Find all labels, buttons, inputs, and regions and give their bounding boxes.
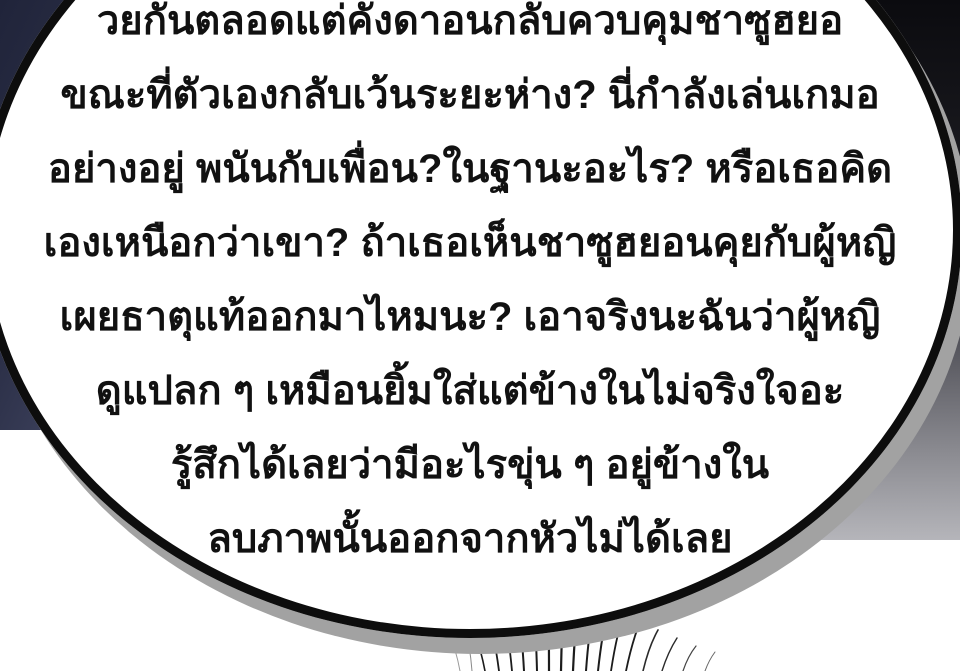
bubble-text-line-3: อย่างอยู่ พนันกับเพื่อน?ในฐานะอะไร? หรือ… (0, 132, 960, 206)
comic-panel: วยกันตลอดแต่คังดาอนกลับควบคุมชาซูฮยอ ขณะ… (0, 0, 960, 671)
bubble-text: วยกันตลอดแต่คังดาอนกลับควบคุมชาซูฮยอ ขณะ… (0, 0, 960, 576)
bubble-text-area: วยกันตลอดแต่คังดาอนกลับควบคุมชาซูฮยอ ขณะ… (0, 0, 960, 671)
bubble-text-line-7: รู้สึกได้เลยว่ามีอะไรขุ่น ๆ อยู่ข้างใน (0, 428, 960, 502)
bubble-text-line-5: เผยธาตุแท้ออกมาไหมนะ? เอาจริงนะฉันว่าผู้… (0, 280, 960, 354)
bubble-text-line-4: เองเหนือกว่าเขา? ถ้าเธอเห็นชาซูฮยอนคุยกั… (0, 206, 960, 280)
bubble-text-line-6: ดูแปลก ๆ เหมือนยิ้มใส่แต่ข้างในไม่จริงใจ… (0, 354, 960, 428)
bubble-text-line-1: วยกันตลอดแต่คังดาอนกลับควบคุมชาซูฮยอ (0, 0, 960, 58)
bubble-text-line-2: ขณะที่ตัวเองกลับเว้นระยะห่าง? นี่กำลังเล… (0, 58, 960, 132)
